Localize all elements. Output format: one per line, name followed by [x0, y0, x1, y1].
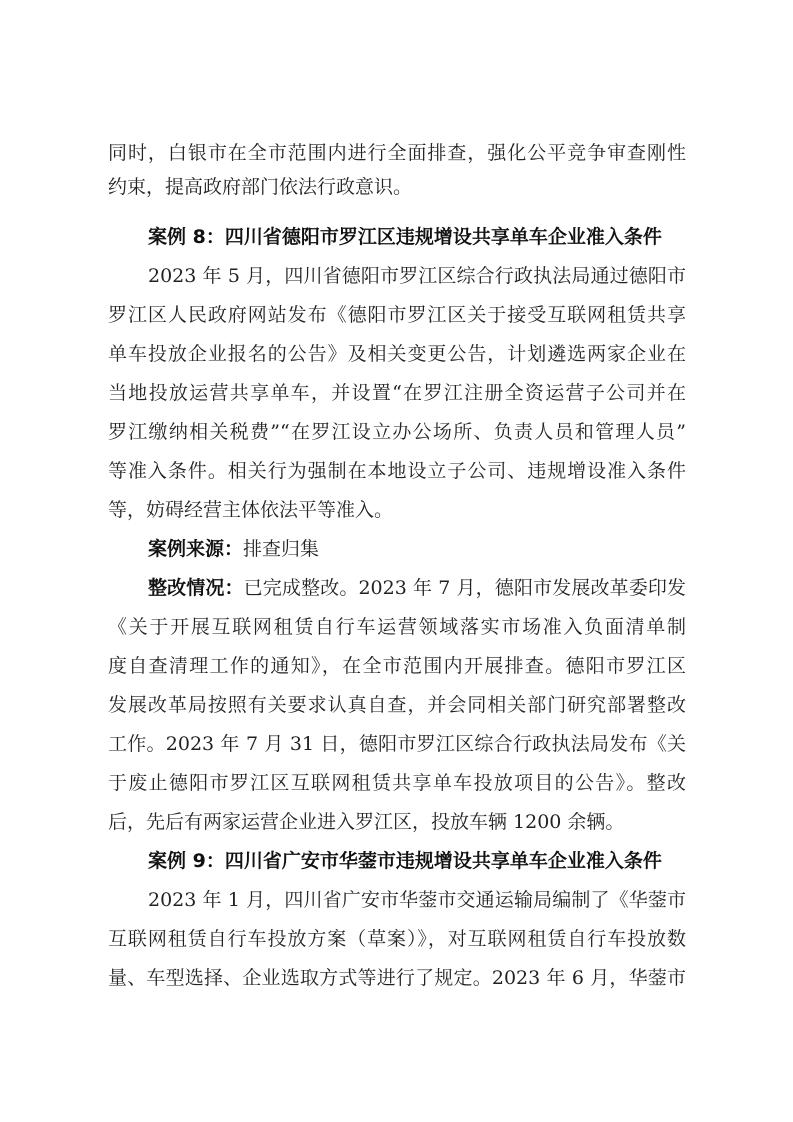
rectification-first-text: 已完成整改。2023 年 7 月，德阳市发展改革委印发 [244, 577, 686, 599]
case-8-heading: 案例 8：四川省德阳市罗江区违规增设共享单车企业准入条件 [148, 222, 686, 252]
body-line: 约束，提高政府部门依法行政意识。 [108, 172, 686, 202]
body-line: 互联网租赁自行车投放方案（草案）》，对互联网租赁自行车投放数 [108, 924, 686, 954]
case-source-label: 案例来源： [148, 538, 243, 560]
body-line: 2023 年 5 月，四川省德阳市罗江区综合行政执法局通过德阳市 [148, 261, 686, 291]
body-line: 当地投放运营共享单车，并设置“在罗江注册全资运营子公司并在 [108, 378, 686, 408]
body-line: 《关于开展互联网租赁自行车运营领域落实市场准入负面清单制 [108, 612, 686, 642]
body-line: 罗江区人民政府网站发布《德阳市罗江区关于接受互联网租赁共享 [108, 300, 686, 330]
body-line: 同时，白银市在全市范围内进行全面排查，强化公平竞争审查刚性 [108, 138, 686, 168]
body-line: 量、车型选择、企业选取方式等进行了规定。2023 年 6 月，华蓥市 [108, 963, 686, 993]
body-line: 度自查清理工作的通知》，在全市范围内开展排查。德阳市罗江区 [108, 651, 686, 681]
case-9-heading: 案例 9：四川省广安市华蓥市违规增设共享单车企业准入条件 [148, 846, 686, 876]
body-line: 于废止德阳市罗江区互联网租赁共享单车投放项目的公告》。整改 [108, 768, 686, 798]
rectification-line: 整改情况：已完成整改。2023 年 7 月，德阳市发展改革委印发 [148, 573, 686, 603]
case-source-line: 案例来源：排查归集 [148, 534, 686, 564]
body-line: 等准入条件。相关行为强制在本地设立子公司、违规增设准入条件 [108, 456, 686, 486]
case-source-value: 排查归集 [243, 538, 319, 560]
body-line: 罗江缴纳相关税费”“在罗江设立办公场所、负责人员和管理人员” [108, 417, 686, 447]
body-line: 工作。2023 年 7 月 31 日，德阳市罗江区综合行政执法局发布《关 [108, 729, 686, 759]
body-line: 后，先后有两家运营企业进入罗江区，投放车辆 1200 余辆。 [108, 807, 686, 837]
document-page: 同时，白银市在全市范围内进行全面排查，强化公平竞争审查刚性 约束，提高政府部门依… [0, 0, 793, 1122]
body-line: 2023 年 1 月，四川省广安市华蓥市交通运输局编制了《华蓥市 [148, 885, 686, 915]
body-line: 单车投放企业报名的公告》及相关变更公告，计划遴选两家企业在 [108, 339, 686, 369]
rectification-label: 整改情况： [148, 577, 244, 599]
body-line: 发展改革局按照有关要求认真自查，并会同相关部门研究部署整改 [108, 690, 686, 720]
body-line: 等，妨碍经营主体依法平等准入。 [108, 495, 686, 525]
